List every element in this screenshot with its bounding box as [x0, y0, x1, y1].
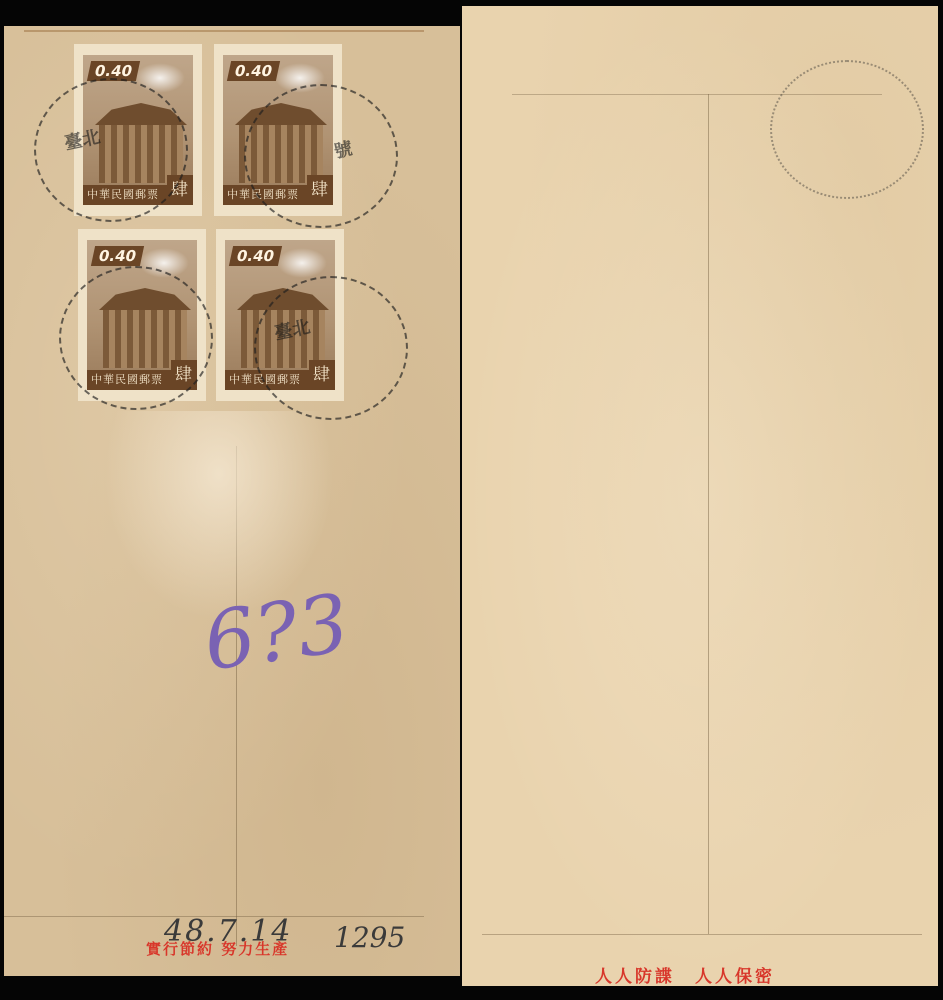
- stamp-denomination: 0.40: [91, 246, 144, 266]
- handwritten-purple-number: 6?3: [198, 576, 354, 688]
- stamp-denomination: 0.40: [229, 246, 282, 266]
- backstamp-postmark: [770, 60, 924, 199]
- postmark-circle: [34, 78, 188, 222]
- top-edge-fold: [24, 30, 424, 32]
- postmark-circle: [59, 266, 213, 410]
- cloud-illustration: [277, 248, 327, 278]
- bottom-flap-line: [482, 934, 922, 935]
- center-seam: [708, 94, 709, 934]
- postmark-circle: [254, 276, 408, 420]
- red-printed-slogan-back: 人人防諜 人人保密: [595, 962, 775, 987]
- stamp-denomination: 0.40: [227, 61, 280, 81]
- handwritten-number: 1295: [334, 921, 405, 954]
- envelope-front-with-stamps: 0.40 中華民國郵票肆 0.40 中華民國郵票肆 0.40 中華民國郵票肆: [4, 26, 460, 976]
- red-printed-slogan: 實行節約 努力生產: [146, 938, 289, 959]
- postmark-circle: [244, 84, 398, 228]
